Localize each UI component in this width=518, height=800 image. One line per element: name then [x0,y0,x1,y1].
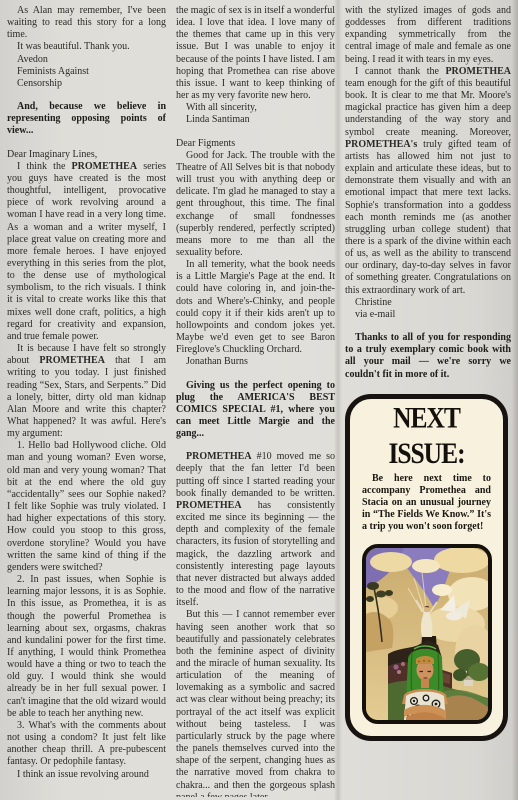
bold-text: PROMETHEA [186,451,252,462]
text: 3. What's with the comments about not us… [7,720,166,767]
next-issue-artwork-frame [362,544,492,724]
paragraph: 3. What's with the comments about not us… [7,720,166,769]
text: 2. In past issues, when Sophie is learni… [7,574,166,719]
paragraph: Avedon [7,54,166,66]
text: And, because we believe in representing … [7,101,166,136]
bold-text: PROMETHEA's [345,139,417,150]
letters-page-columns: As Alan may remember, I've been waiting … [0,0,518,800]
stacia-green-haired-woman [402,646,448,720]
text: It was beautiful. Thank you. [17,41,130,52]
letters-column-middle: the magic of sex is in itself a wonderfu… [176,5,335,797]
bold-text: PROMETHEA [72,161,138,172]
paragraph: Thanks to all of you for responding to a… [345,332,511,381]
text: With all sincerity, [186,102,257,113]
text: Linda Santiman [186,114,250,125]
paragraph: Christine [345,297,511,309]
next-issue-painting [366,548,488,720]
paragraph: Censorship [7,78,166,90]
paragraph: with the stylized images of gods and god… [345,5,511,66]
next-issue-box: NEXT ISSUE: Be here next time to accompa… [345,394,508,742]
text: I think an issue revolving around [17,769,149,780]
paragraph: 1. Hello bad Hollywood cliche. Old man a… [7,440,166,574]
paragraph: PROMETHEA #10 moved me so deeply that th… [176,451,335,609]
paragraph: Dear Imaginary Lines, [7,149,166,161]
text: I think the [17,161,72,172]
paragraph: 2. In past issues, when Sophie is learni… [7,574,166,720]
paragraph: As Alan may remember, I've been waiting … [7,5,166,41]
text: Christine [355,297,392,308]
text: Dear Figments [176,138,235,149]
text: the magic of sex is in itself a wonderfu… [176,5,335,101]
paragraph: Feminists Against [7,66,166,78]
text: Dear Imaginary Lines, [7,149,97,160]
text: Giving us the perfect opening to plug th… [176,380,335,440]
letters-column-right: with the stylized images of gods and god… [345,5,511,797]
paragraph: via e-mail [345,309,511,321]
paragraph: Giving us the perfect opening to plug th… [176,380,335,441]
text: 1. Hello bad Hollywood cliche. Old man a… [7,440,166,573]
text: series you guys have created is the most… [7,161,166,342]
paragraph: the magic of sex is in itself a wonderfu… [176,5,335,102]
bold-text: PROMETHEA [39,355,105,366]
letters-page: { "colors":{"paper":"#dfddd8","ink":"#2b… [0,0,518,800]
bold-text: PROMETHEA [445,66,511,77]
letters-column-right-text: with the stylized images of gods and god… [345,5,511,381]
text: I cannot thank the [355,66,445,77]
next-issue-text: Be here next time to accompany Promethea… [358,473,495,534]
paragraph: Good for Jack. The trouble with the Thea… [176,150,335,259]
paragraph: And, because we believe in representing … [7,101,166,137]
paragraph: But this — I cannot remember ever having… [176,609,335,797]
letters-column-left: As Alan may remember, I've been waiting … [7,5,166,797]
paragraph: With all sincerity, [176,102,335,114]
paragraph: I think the PROMETHEA series you guys ha… [7,161,166,343]
paragraph: In all temerity, what the book needs is … [176,259,335,356]
text: Jonathan Burns [186,356,248,367]
text: Avedon [17,54,48,65]
paragraph: I think an issue revolving around [7,769,166,781]
text: In all temerity, what the book needs is … [176,259,335,355]
next-issue-title: NEXT ISSUE: [357,401,497,472]
text: via e-mail [355,309,395,320]
paragraph: It was beautiful. Thank you. [7,41,166,53]
paragraph: Jonathan Burns [176,356,335,368]
text: But this — I cannot remember ever having… [176,609,335,797]
paragraph: Dear Figments [176,138,335,150]
paragraph: I cannot thank the PROMETHEA team enough… [345,66,511,297]
text: has consistently excited me since its be… [176,500,335,608]
text: with the stylized images of gods and god… [345,5,511,65]
text: Thanks to all of you for responding to a… [345,332,511,379]
text: Censorship [17,78,62,89]
text: team enough for the gift of this beautif… [345,78,511,138]
text: Feminists Against [17,66,89,77]
text: Good for Jack. The trouble with the Thea… [176,150,335,258]
text: As Alan may remember, I've been waiting … [7,5,166,40]
text: that I am writing to you today. I just f… [7,355,166,439]
text: truly gifted team of artists has allowed… [345,139,511,296]
bold-text: PROMETHEA [176,500,242,511]
paragraph: It is because I have felt so strongly ab… [7,343,166,440]
paragraph: Linda Santiman [176,114,335,126]
